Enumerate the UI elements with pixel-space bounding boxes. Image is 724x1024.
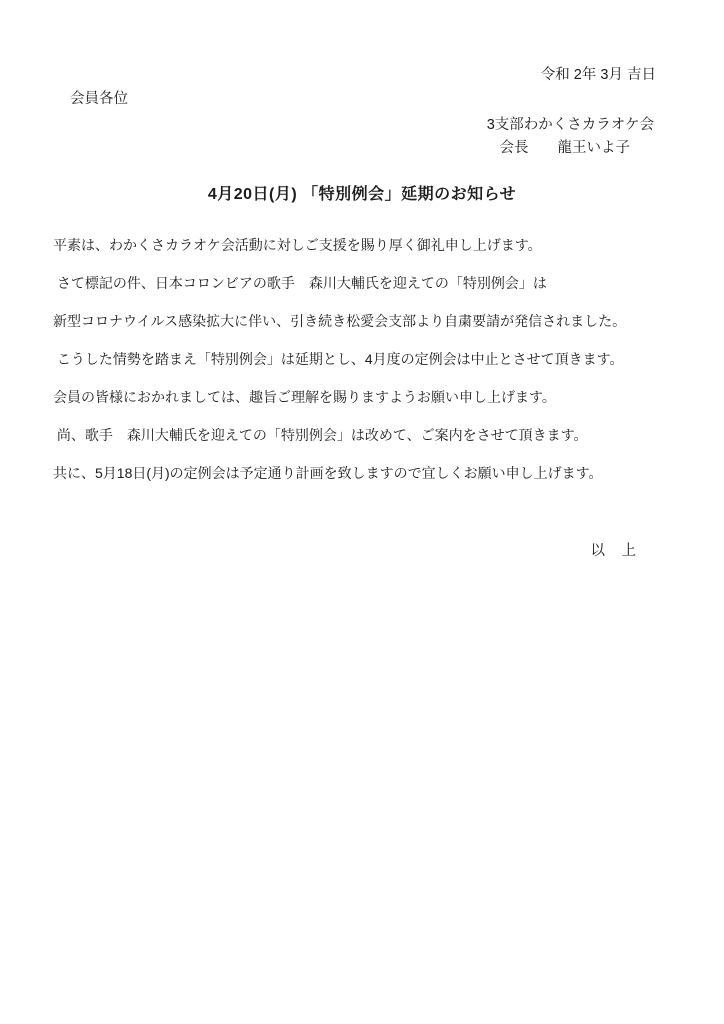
body-line-5: 会員の皆様におかれましては、趣旨ご理解を賜りますようお願い申し上げます。 <box>53 389 688 406</box>
body-line-4: こうした情勢を踏まえ「特別例会」は延期とし、4月度の定例会は中止とさせて頂きます… <box>53 351 688 368</box>
body-line-6: 尚、歌手 森川大輔氏を迎えての「特別例会」は改めて、ご案内をさせて頂きます。 <box>53 427 688 444</box>
body-line-7: 共に、5月18日(月)の定例会は予定通り計画を致しますので宜しくお願い申し上げま… <box>53 465 688 482</box>
body-line-1: 平素は、わかくさカラオケ会活動に対しご支援を賜り厚く御礼申し上げます。 <box>53 237 688 254</box>
signer-line: 会長 龍王いよ子 <box>500 139 631 157</box>
document-page: 令和 2年 3月 吉日 会員各位 3支部わかくさカラオケ会 会長 龍王いよ子 4… <box>0 0 724 1024</box>
body-line-3: 新型コロナウイルス感染拡大に伴い、引き続き松愛会支部より自粛要請が発信されました… <box>53 313 688 330</box>
date-line: 令和 2年 3月 吉日 <box>541 66 656 84</box>
closing-line: 以 上 <box>591 539 638 560</box>
recipient-line: 会員各位 <box>70 90 128 108</box>
document-title: 4月20日(月) 「特別例会」延期のお知らせ <box>0 181 724 204</box>
body-line-2: さて標記の件、日本コロンビアの歌手 森川大輔氏を迎えての「特別例会」は <box>53 275 688 292</box>
organization-line: 3支部わかくさカラオケ会 <box>487 116 654 134</box>
